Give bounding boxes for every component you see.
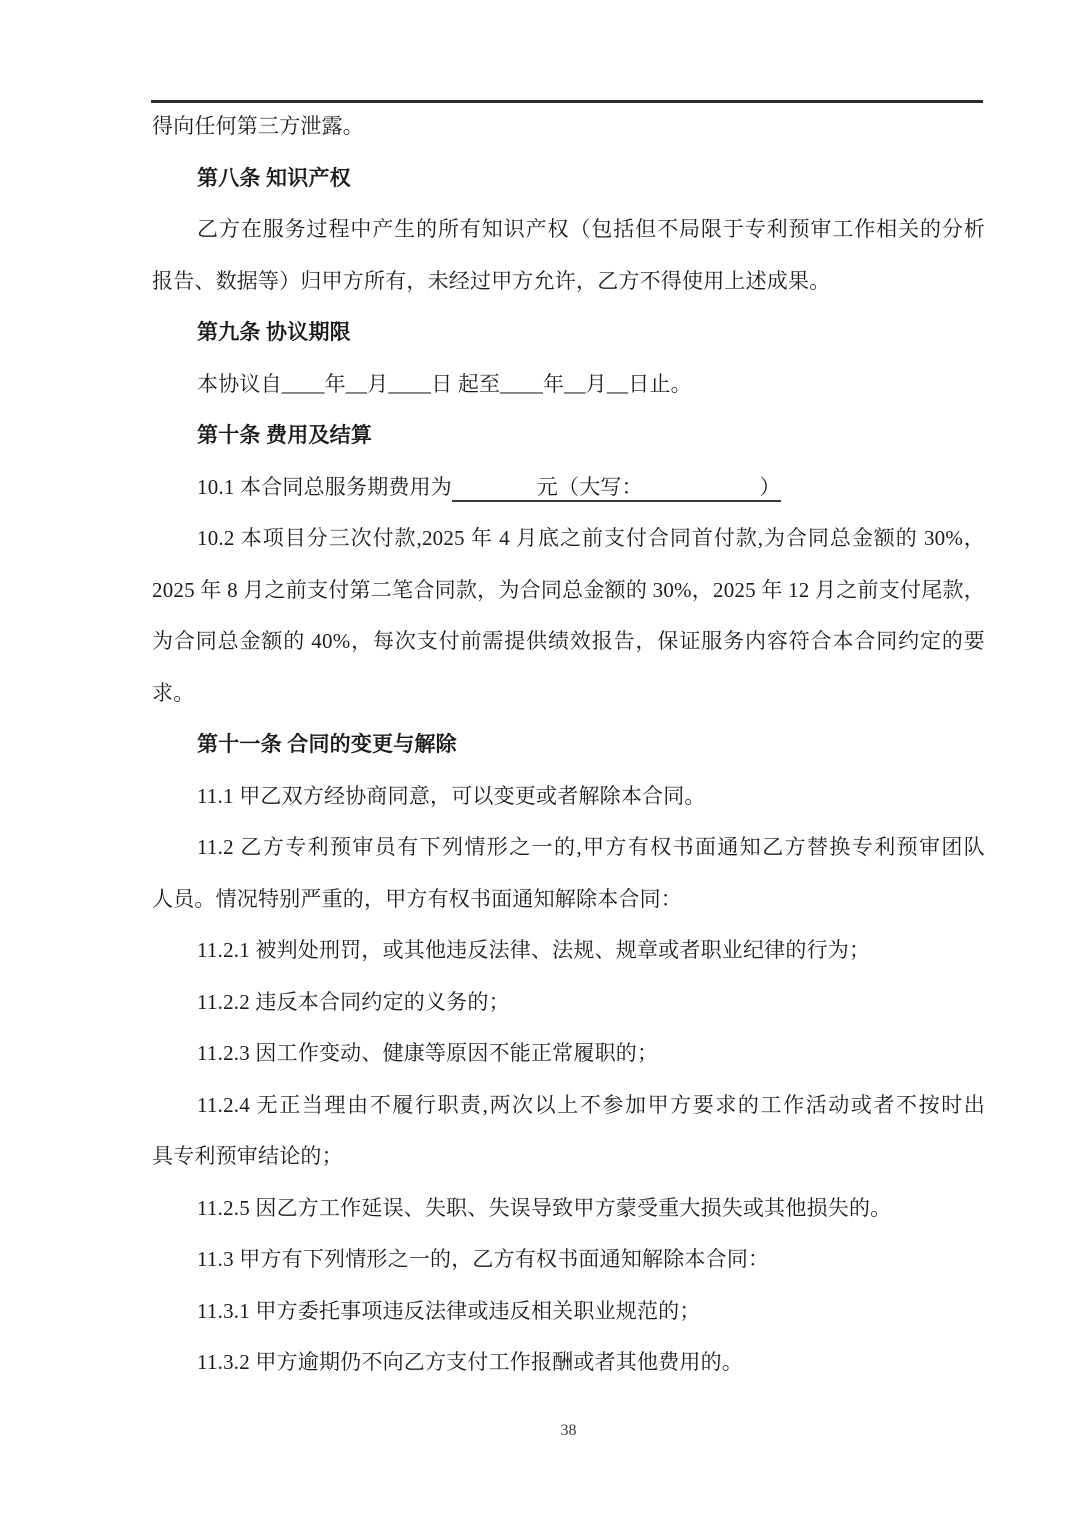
text-line: 报告、数据等）归甲方所有，未经过甲方允许，乙方不得使用上述成果。	[152, 256, 985, 308]
text-run: 本协议自____年__月____日 起至____年__月__日止。	[197, 372, 692, 396]
text-run: 2025 年 8 月之前支付第二笔合同款，为合同总金额的 30%，2025 年 …	[152, 578, 985, 602]
document-body: 得向任何第三方泄露。第八条 知识产权乙方在服务过程中产生的所有知识产权（包括但不…	[152, 101, 985, 1389]
text-line: 11.3.2 甲方逾期仍不向乙方支付工作报酬或者其他费用的。	[152, 1337, 985, 1389]
text-run: 第十一条 合同的变更与解除	[197, 732, 457, 756]
text-run: 求。	[152, 681, 194, 705]
text-line: 11.2.3 因工作变动、健康等原因不能正常履职的；	[152, 1028, 985, 1080]
text-run: 11.2.4 无正当理由不履行职责,两次以上不参加甲方要求的工作活动或者不按时出	[197, 1093, 985, 1117]
text-run: 报告、数据等）归甲方所有，未经过甲方允许，乙方不得使用上述成果。	[152, 269, 830, 293]
text-run: 具专利预审结论的；	[152, 1144, 343, 1168]
text-line: 人员。情况特别严重的，甲方有权书面通知解除本合同：	[152, 874, 985, 926]
text-line: 得向任何第三方泄露。	[152, 101, 985, 153]
text-line: 11.2 乙方专利预审员有下列情形之一的,甲方有权书面通知乙方替换专利预审团队	[152, 822, 985, 874]
text-run: 10.2 本项目分三次付款,2025 年 4 月底之前支付合同首付款,为合同总金…	[197, 526, 985, 550]
text-line: 11.3 甲方有下列情形之一的，乙方有权书面通知解除本合同：	[152, 1234, 985, 1286]
text-run: 11.2.3 因工作变动、健康等原因不能正常履职的；	[197, 1041, 658, 1065]
text-line: 11.2.1 被判处刑罚，或其他违反法律、法规、规章或者职业纪律的行为；	[152, 925, 985, 977]
text-run: 乙方在服务过程中产生的所有知识产权（包括但不局限于专利预审工作相关的分析	[197, 217, 985, 241]
text-line: 为合同总金额的 40%，每次支付前需提供绩效报告，保证服务内容符合本合同约定的要	[152, 616, 985, 668]
text-run: 11.2.5 因乙方工作延误、失职、失误导致甲方蒙受重大损失或其他损失的。	[197, 1196, 891, 1220]
text-run: 11.2 乙方专利预审员有下列情形之一的,甲方有权书面通知乙方替换专利预审团队	[197, 835, 985, 859]
text-run: 11.1 甲乙双方经协商同意，可以变更或者解除本合同。	[197, 784, 706, 808]
text-line: 第九条 协议期限	[152, 307, 985, 359]
text-line: 11.2.2 违反本合同约定的义务的；	[152, 977, 985, 1029]
text-run: 11.2.2 违反本合同约定的义务的；	[197, 990, 510, 1014]
text-line: 11.3.1 甲方委托事项违反法律或违反相关职业规范的；	[152, 1286, 985, 1338]
text-run: 11.2.1 被判处刑罚，或其他违反法律、法规、规章或者职业纪律的行为；	[197, 938, 870, 962]
text-line: 11.2.4 无正当理由不履行职责,两次以上不参加甲方要求的工作活动或者不按时出	[152, 1080, 985, 1132]
text-run: 为合同总金额的 40%，每次支付前需提供绩效报告，保证服务内容符合本合同约定的要	[152, 629, 985, 653]
text-line: 具专利预审结论的；	[152, 1131, 985, 1183]
text-run: 11.3.1 甲方委托事项违反法律或违反相关职业规范的；	[197, 1299, 701, 1323]
text-line: 11.2.5 因乙方工作延误、失职、失误导致甲方蒙受重大损失或其他损失的。	[152, 1183, 985, 1235]
page-number: 38	[152, 1420, 985, 1442]
text-run: 10.1 本合同总服务期费用为	[197, 475, 452, 499]
text-line: 第十条 费用及结算	[152, 410, 985, 462]
text-run: 11.3 甲方有下列情形之一的，乙方有权书面通知解除本合同：	[197, 1247, 769, 1271]
text-line: 第八条 知识产权	[152, 153, 985, 205]
text-line: 10.2 本项目分三次付款,2025 年 4 月底之前支付合同首付款,为合同总金…	[152, 513, 985, 565]
text-run: 第十条 费用及结算	[197, 423, 372, 447]
text-run: 得向任何第三方泄露。	[152, 114, 364, 138]
text-line: 10.1 本合同总服务期费用为 元（大写： ）	[152, 462, 985, 514]
text-line: 乙方在服务过程中产生的所有知识产权（包括但不局限于专利预审工作相关的分析	[152, 204, 985, 256]
text-run: 11.3.2 甲方逾期仍不向乙方支付工作报酬或者其他费用的。	[197, 1350, 743, 1374]
text-run: 第九条 协议期限	[197, 320, 351, 344]
text-run: 人员。情况特别严重的，甲方有权书面通知解除本合同：	[152, 887, 682, 911]
text-run: 第八条 知识产权	[197, 166, 351, 190]
document-page: 得向任何第三方泄露。第八条 知识产权乙方在服务过程中产生的所有知识产权（包括但不…	[0, 0, 1080, 1527]
text-line: 11.1 甲乙双方经协商同意，可以变更或者解除本合同。	[152, 771, 985, 823]
text-line: 求。	[152, 668, 985, 720]
text-line: 2025 年 8 月之前支付第二笔合同款，为合同总金额的 30%，2025 年 …	[152, 565, 985, 617]
fill-in-blank: 元（大写： ）	[452, 475, 781, 502]
text-line: 本协议自____年__月____日 起至____年__月__日止。	[152, 359, 985, 411]
text-line: 第十一条 合同的变更与解除	[152, 719, 985, 771]
